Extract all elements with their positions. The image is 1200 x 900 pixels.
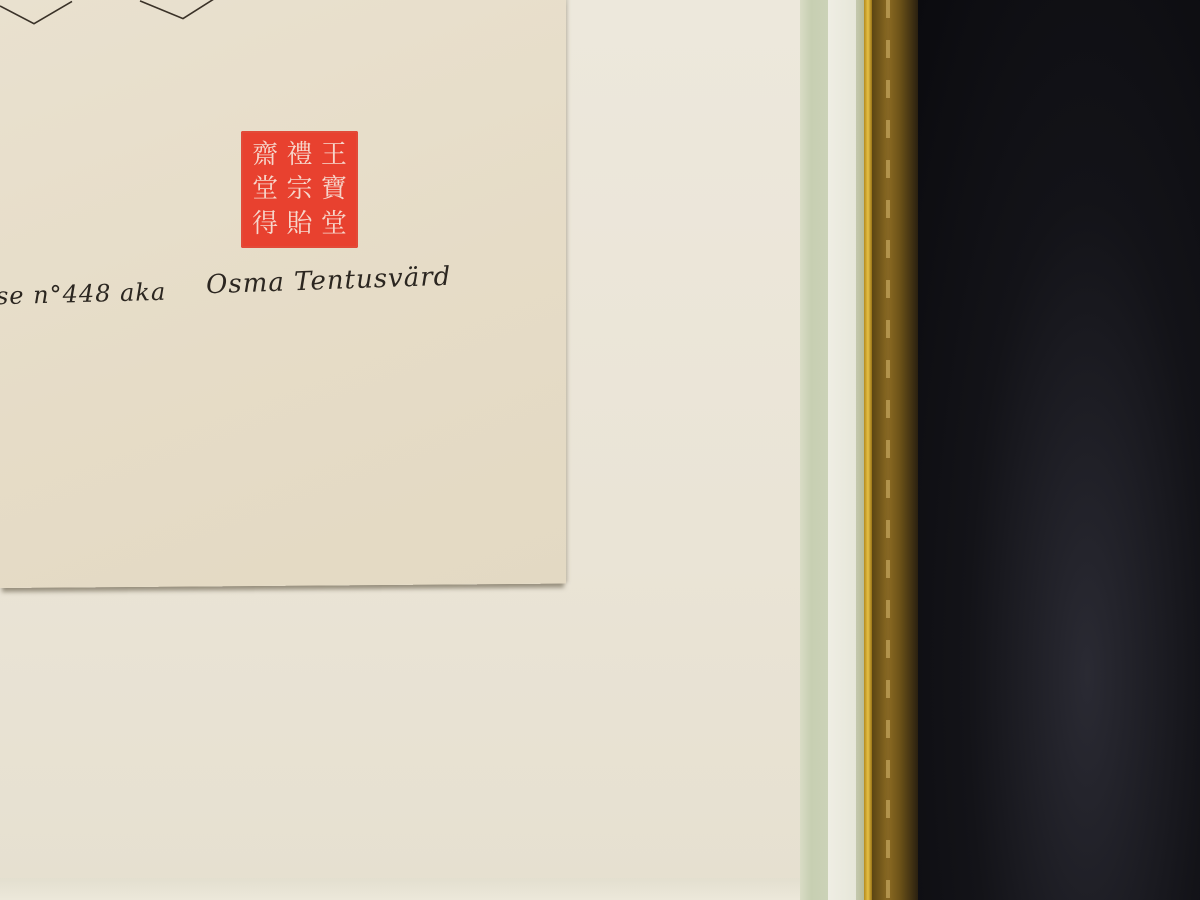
- drawing-lines: [0, 0, 566, 60]
- seal-character: 貽: [283, 208, 315, 240]
- red-seal-stamp: 齋 禮 王 堂 宗 寶 得 貽 堂: [241, 131, 358, 248]
- seal-character: 齋: [249, 139, 281, 171]
- pencil-inscription: se n°448 aka: [0, 278, 167, 310]
- seal-character: 禮: [283, 139, 315, 171]
- seal-character: 王: [318, 139, 350, 171]
- gold-frame-molding: [872, 0, 918, 900]
- seal-character: 寶: [318, 173, 350, 205]
- seal-character: 宗: [283, 173, 315, 205]
- mat-bevel-white: [828, 0, 858, 900]
- seal-character: 得: [249, 208, 281, 240]
- mat-bevel-green: [800, 0, 828, 900]
- seal-character: 堂: [318, 208, 350, 240]
- mat-bottom-bevel: [0, 878, 830, 900]
- gold-frame-inner-lip: [864, 0, 872, 900]
- seal-character: 堂: [249, 173, 281, 205]
- framed-artwork-photo: 齋 禮 王 堂 宗 寶 得 貽 堂 se n°448 aka Osma Tent…: [0, 0, 1200, 900]
- dark-background: [918, 0, 1200, 900]
